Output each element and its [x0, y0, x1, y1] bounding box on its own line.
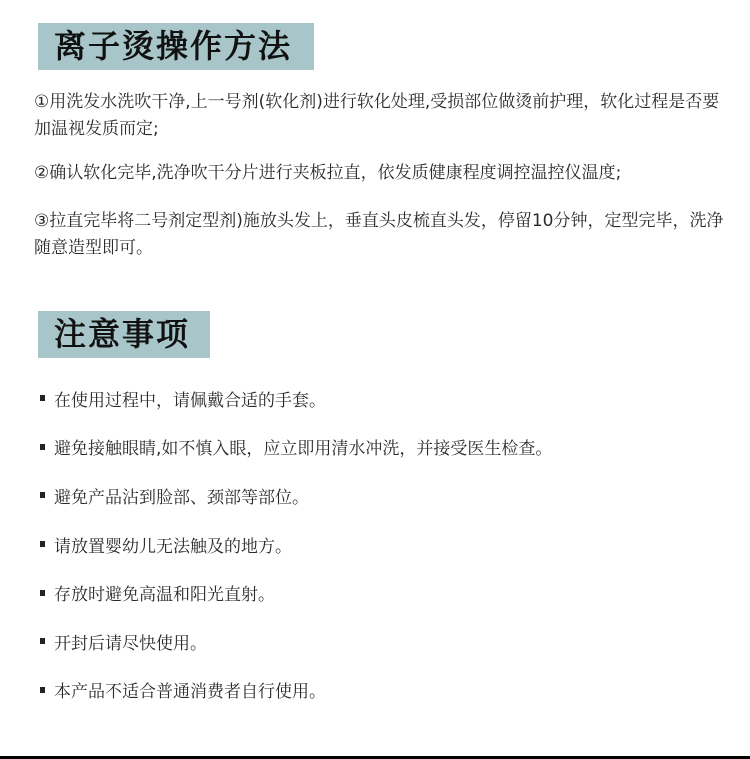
- list-item: 避免产品沾到脸部、颈部等部位。: [40, 471, 552, 520]
- method-section-title: 离子烫操作方法: [38, 23, 314, 70]
- list-item: 请放置婴幼儿无法触及的地方。: [40, 520, 552, 569]
- list-item: 避免接触眼睛,如不慎入眼，应立即用清水冲洗，并接受医生检查。: [40, 423, 552, 472]
- note-text: 存放时避免高温和阳光直射。: [54, 580, 275, 605]
- note-text: 请放置婴幼儿无法触及的地方。: [54, 532, 292, 557]
- note-text: 避免接触眼睛,如不慎入眼，应立即用清水冲洗，并接受医生检查。: [54, 434, 552, 459]
- method-step-3: ③拉直完毕将二号剂定型剂)施放头发上，垂直头皮梳直头发，停留10分钟，定型完毕，…: [34, 208, 724, 262]
- note-text: 开封后请尽快使用。: [54, 629, 207, 654]
- notes-list: 在使用过程中，请佩戴合适的手套。 避免接触眼睛,如不慎入眼，应立即用清水冲洗，并…: [40, 374, 552, 714]
- square-bullet-icon: [40, 395, 45, 401]
- list-item: 存放时避免高温和阳光直射。: [40, 568, 552, 617]
- list-item: 开封后请尽快使用。: [40, 617, 552, 666]
- note-text: 本产品不适合普通消费者自行使用。: [54, 677, 326, 702]
- method-step-1: ①用洗发水洗吹干净,上一号剂(软化剂)进行软化处理,受损部位做烫前护理，软化过程…: [34, 89, 724, 143]
- note-text: 在使用过程中，请佩戴合适的手套。: [54, 386, 326, 411]
- note-text: 避免产品沾到脸部、颈部等部位。: [54, 483, 309, 508]
- square-bullet-icon: [40, 444, 45, 450]
- square-bullet-icon: [40, 492, 45, 498]
- square-bullet-icon: [40, 541, 45, 547]
- list-item: 本产品不适合普通消费者自行使用。: [40, 666, 552, 715]
- method-step-2: ②确认软化完毕,洗净吹干分片进行夹板拉直，依发质健康程度调控温控仪温度;: [34, 160, 724, 187]
- list-item: 在使用过程中，请佩戴合适的手套。: [40, 374, 552, 423]
- square-bullet-icon: [40, 638, 45, 644]
- square-bullet-icon: [40, 687, 45, 693]
- square-bullet-icon: [40, 590, 45, 596]
- notes-section-title: 注意事项: [38, 311, 210, 358]
